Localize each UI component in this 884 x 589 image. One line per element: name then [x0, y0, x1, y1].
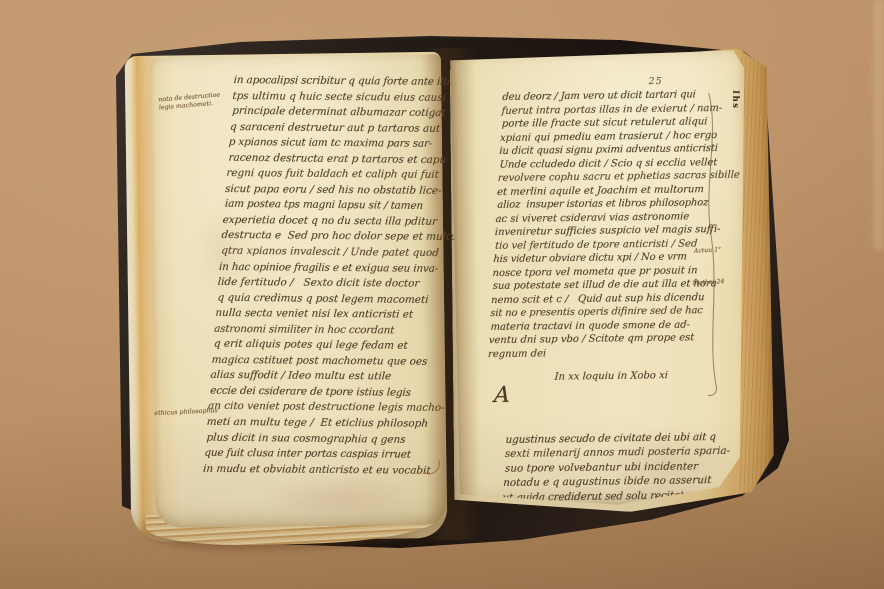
section-heading: In xx loquiu in Xobo xi — [516, 370, 707, 384]
manuscript-line: meti an multu tege / Et eticlius philoso… — [206, 415, 411, 432]
manuscript-line: suo tpore volvebantur ubi incidenter — [505, 459, 720, 476]
manuscript-text-right: deu deorz / Jam vero ut dicit tartari qu… — [488, 88, 715, 361]
manuscript-line: experietia docet q no du secta illa pdit… — [222, 213, 427, 230]
right-margin-note-actuum: Actuu 1° — [694, 246, 722, 254]
manuscript-line: iam postea tps magni lapsu sit / tamen — [224, 197, 429, 215]
manuscript-line: porte ille fracte sut sicut retulerut al… — [501, 115, 714, 131]
manuscript-line: principale determinat albumazar cotigat — [232, 104, 437, 122]
manuscript-line: an cito veniet post destructione legis m… — [207, 399, 412, 416]
gutter-shadow — [422, 48, 480, 540]
manuscript-line: qtra xpianos invalescit / Unde patet quo… — [221, 244, 426, 262]
manuscript-line: in mudu et obviabit anticristo et eu voc… — [202, 461, 407, 478]
fore-edge-stamp: Ihs — [724, 90, 741, 140]
manuscript-line: tio vel fertitudo de tpore anticristi / … — [495, 237, 708, 253]
manuscript-line: lide fertitudo / Sexto dicit iste doctor — [217, 275, 422, 292]
manuscript-line: nulla secta veniet nisi lex anticristi e… — [215, 306, 420, 323]
manuscript-line: racenoz destructa erat p tartaros et cap… — [228, 150, 433, 168]
manuscript-line: regni quos fuit baldach et caliph qui fu… — [226, 166, 431, 183]
page-number: 25 — [648, 76, 662, 87]
manuscript-line: Unde ccludedo dicit / Scio q si ecclia v… — [499, 156, 712, 172]
manuscript-line: que fuit clusa inter portas caspias irru… — [204, 446, 409, 463]
manuscript-line: plus dicit in sua cosmographia q gens — [206, 430, 411, 448]
photo-background: nota de destructioe legis machometi. eth… — [0, 0, 884, 589]
manuscript-line: p xpianos sicut iam tc maxima pars sar- — [228, 135, 433, 152]
manuscript-line: regnum dei — [488, 345, 701, 361]
manuscript-line: alioz insuper istorias et libros philoso… — [497, 196, 710, 212]
manuscript-line: eccie dei csiderare de tpore istius legi… — [210, 383, 415, 401]
manuscript-line: sua potestate set illud de die aut illa … — [492, 277, 705, 293]
page-stain — [263, 473, 416, 523]
manuscript-line: in hac opinioe fragilis e et exigua seu … — [218, 259, 423, 276]
manuscript-line: q erit aliquis potes qui lege fedam et — [213, 337, 418, 355]
manuscript-line: materia tractavi in quode smone de ad- — [490, 318, 703, 334]
drop-cap-initial: A — [493, 386, 510, 406]
manuscript-line: in apocalipsi scribitur q quia forte ant… — [233, 73, 438, 90]
background-light-edge — [874, 0, 884, 250]
manuscript-text-left: in apocalipsi scribitur q quia forte ant… — [202, 73, 438, 479]
manuscript-line: q saraceni destruetur aut p tartaros aut — [229, 120, 434, 137]
left-margin-note-top: nota de destructioe legis machometi. — [158, 90, 233, 112]
manuscript-line: q quia credimus q post legem macometi — [217, 290, 422, 308]
left-page: nota de destructioe legis machometi. eth… — [150, 54, 447, 528]
right-page: 25 deu deorz / Jam vero ut dicit tartari… — [444, 50, 753, 508]
manuscript-line: magica cstituet post machometu que oes — [211, 353, 416, 370]
